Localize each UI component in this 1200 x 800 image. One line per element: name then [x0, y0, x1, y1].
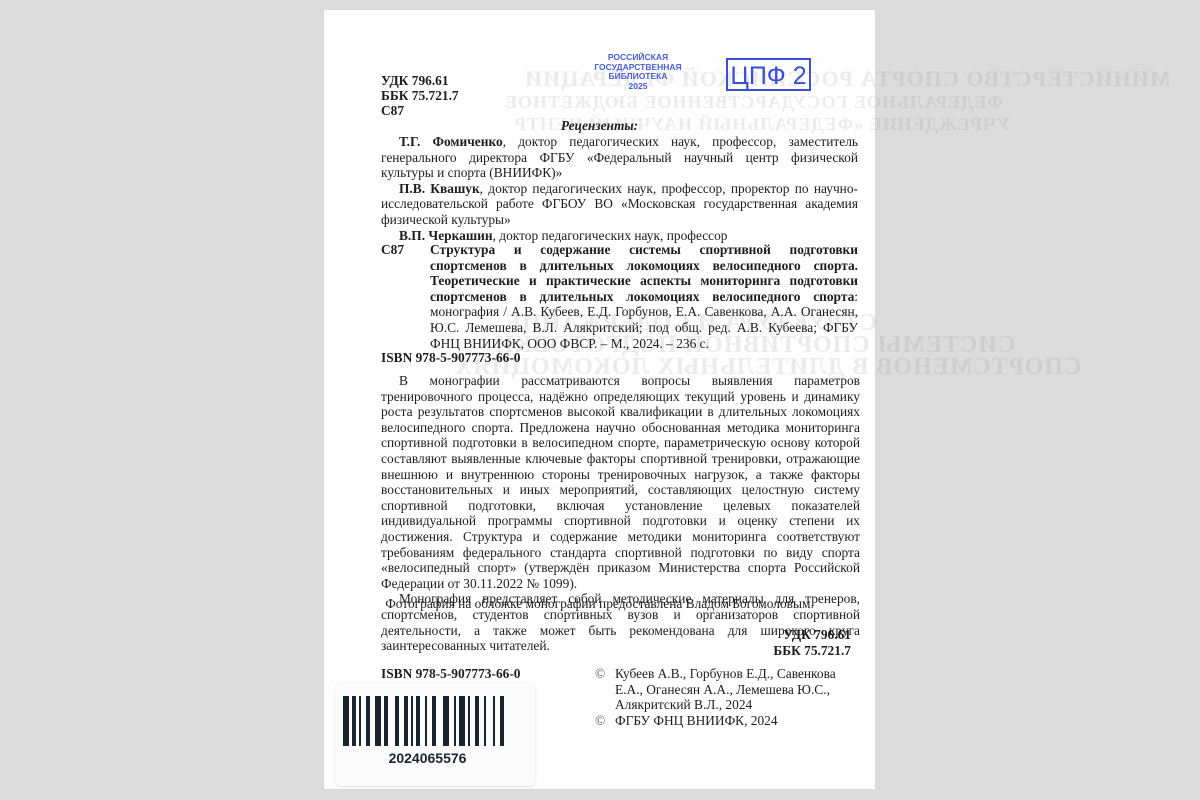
barcode-sticker: 2024065576: [335, 682, 535, 786]
library-stamp: РОССИЙСКАЯ ГОСУДАРСТВЕННАЯ БИБЛИОТЕКА 20…: [588, 53, 688, 91]
copyright-icon: ©: [595, 713, 615, 729]
catalog-entry: Структура и содержание системы спортивно…: [430, 242, 858, 351]
top-classification-codes: УДК 796.61 ББК 75.721.7 С87: [381, 73, 459, 118]
catalog-mark: С87: [381, 242, 404, 258]
reviewer-item: П.В. Квашук, доктор педагогических наук,…: [381, 181, 858, 228]
cpf-stamp: ЦПФ 2: [726, 58, 811, 91]
bleed-through-text: ФЕДЕРАЛЬНОЕ ГОСУДАРСТВЕННОЕ БЮДЖЕТНОЕ: [504, 92, 1003, 113]
barcode-bars: [343, 696, 527, 746]
reviewer-item: В.П. Черкашин, доктор педагогических нау…: [381, 228, 858, 244]
reviewer-item: Т.Г. Фомиченко, доктор педагогических на…: [381, 134, 858, 181]
author-mark: С87: [381, 103, 459, 118]
photo-credit: Фотография на обложке монографии предост…: [324, 596, 875, 612]
copyright-text: Кубеев А.В., Горбунов Е.Д., Савенкова Е.…: [615, 666, 865, 713]
udk-code: УДК 796.61: [381, 73, 459, 88]
abstract-paragraph: В монографии рассматриваются вопросы выя…: [381, 373, 860, 591]
reviewer-name: В.П. Черкашин: [399, 228, 493, 243]
isbn-bottom: ISBN 978-5-907773-66-0: [381, 666, 520, 682]
document-page: МИНИСТЕРСТВО СПОРТА РОССИЙСКОЙ ФЕДЕРАЦИИ…: [324, 10, 875, 789]
stamp-line: 2025: [588, 82, 688, 92]
isbn: ISBN 978-5-907773-66-0: [381, 350, 520, 366]
catalog-title: Структура и содержание системы спортивно…: [430, 242, 858, 304]
reviewers-heading: Рецензенты:: [324, 118, 875, 134]
udk-code: УДК 796.61: [773, 627, 851, 643]
bottom-classification-codes: УДК 796.61 ББК 75.721.7: [773, 627, 851, 658]
barcode-number: 2024065576: [335, 750, 520, 766]
bbk-code: ББК 75.721.7: [381, 88, 459, 103]
reviewer-name: Т.Г. Фомиченко: [399, 134, 503, 149]
bbk-code: ББК 75.721.7: [773, 643, 851, 659]
copyright-text: ФГБУ ФНЦ ВНИИФК, 2024: [615, 713, 778, 729]
reviewers-list: Т.Г. Фомиченко, доктор педагогических на…: [381, 134, 858, 243]
copyright-item: © ФГБУ ФНЦ ВНИИФК, 2024: [595, 713, 865, 729]
copyright-icon: ©: [595, 666, 615, 713]
reviewer-desc: , доктор педагогических наук, профессор: [493, 228, 728, 243]
reviewer-name: П.В. Квашук: [399, 181, 480, 196]
copyright-block: © Кубеев А.В., Горбунов Е.Д., Савенкова …: [595, 666, 865, 728]
copyright-item: © Кубеев А.В., Горбунов Е.Д., Савенкова …: [595, 666, 865, 713]
